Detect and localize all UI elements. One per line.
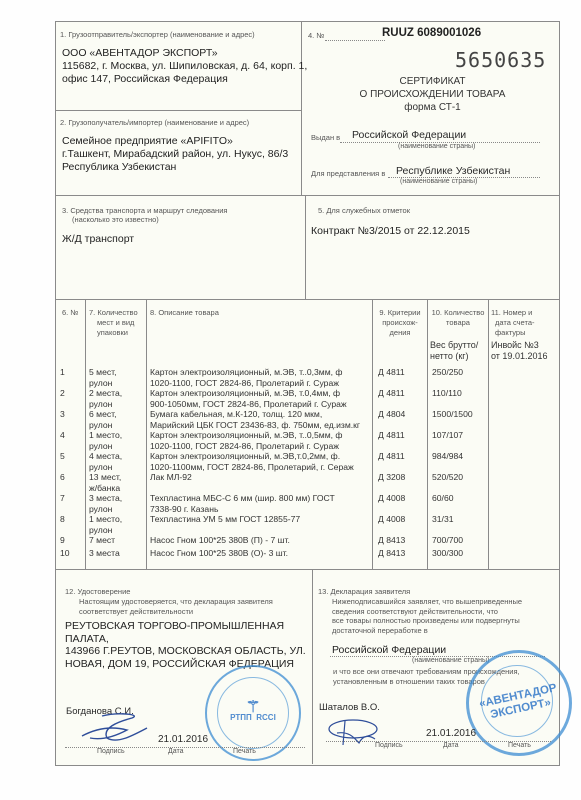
exporter-block: ООО «АВЕНТАДОР ЭКСПОРТ» 115682, г. Москв…	[62, 47, 307, 86]
divider	[55, 195, 559, 196]
row-number: 5	[60, 451, 80, 462]
row-criteria: Д 4811	[378, 451, 423, 462]
row-criteria: Д 4008	[378, 514, 423, 525]
row-weight: 31/31	[432, 514, 487, 525]
divider	[55, 299, 559, 300]
caption-signature: Подпись	[375, 742, 403, 749]
declaration-country-hint: (наименование страны)	[412, 657, 489, 664]
exporter-address: 115682, г. Москва, ул. Шипиловская, д. 6…	[62, 60, 307, 73]
row-description: Картон электроизоляционный, м.ЭВ, т..0,5…	[150, 430, 370, 451]
box12-text: Настоящим удостоверяется, что декларация…	[79, 597, 273, 617]
row-description: Лак МЛ-92	[150, 472, 370, 483]
row-number: 2	[60, 388, 80, 399]
caption-signature: Подпись	[97, 748, 125, 755]
row-weight: 984/984	[432, 451, 487, 462]
row-weight: 60/60	[432, 493, 487, 504]
invoice-value: Инвойс №3 от 19.01.2016	[491, 340, 547, 362]
present-label: Для представления в	[311, 169, 385, 178]
row-criteria: Д 4811	[378, 367, 423, 378]
row-criteria: Д 4811	[378, 388, 423, 399]
col-no-header: 6. №	[62, 308, 78, 317]
col-invoice-header: 11. Номер и дата счета- фактуры	[491, 308, 535, 338]
row-description: Техпластина УМ 5 мм ГОСТ 12855-77	[150, 514, 370, 525]
row-description: Бумага кабельная, м.К-120, толщ. 120 мкм…	[150, 409, 370, 430]
row-weight: 700/700	[432, 535, 487, 546]
row-packages: 7 мест	[89, 535, 144, 546]
caption-date: Дата	[168, 748, 184, 755]
box4-label: 4. №	[308, 31, 324, 40]
divider	[427, 299, 428, 569]
row-weight: 520/520	[432, 472, 487, 483]
chamber-date: 21.01.2016	[158, 734, 208, 745]
issued-country-hint: (наименование страны)	[398, 143, 475, 150]
row-packages: 13 мест,ж/банка	[89, 472, 144, 493]
weight-label: Вес брутто/ нетто (кг)	[430, 340, 478, 362]
divider	[85, 299, 86, 569]
box3-label-2: (насколько это известно)	[72, 215, 159, 224]
row-number: 8	[60, 514, 80, 525]
row-number: 10	[60, 548, 80, 559]
divider	[488, 299, 489, 569]
row-packages: 2 места,рулон	[89, 388, 144, 409]
row-criteria: Д 4008	[378, 493, 423, 504]
row-weight: 300/300	[432, 548, 487, 559]
box13-text: Нижеподписавшийся заявляет, что вышеприв…	[332, 597, 522, 635]
row-criteria: Д 4811	[378, 430, 423, 441]
exporter-name: ООО «АВЕНТАДОР ЭКСПОРТ»	[62, 47, 307, 60]
row-description: Насос Гном 100*25 380В (П) - 7 шт.	[150, 535, 370, 546]
row-description: Насос Гном 100*25 380В (О)- 3 шт.	[150, 548, 370, 559]
row-criteria: Д 4804	[378, 409, 423, 420]
divider	[312, 569, 313, 764]
row-packages: 3 места,рулон	[89, 493, 144, 514]
exporter-address-2: офис 147, Российская Федерация	[62, 73, 307, 86]
row-packages: 1 место,рулон	[89, 430, 144, 451]
row-number: 6	[60, 472, 80, 483]
divider	[146, 299, 147, 569]
row-number: 4	[60, 430, 80, 441]
present-country-hint: (наименование страны)	[400, 178, 477, 185]
row-weight: 1500/1500	[432, 409, 487, 420]
importer-block: Семейное предприятие «APIFITO» г.Ташкент…	[62, 135, 288, 174]
box5-label: 5. Для служебных отметок	[318, 206, 410, 215]
col-criteria-header: 9. Критерии происхож- дения	[375, 308, 425, 338]
chamber-block: РЕУТОВСКАЯ ТОРГОВО-ПРОМЫШЛЕННАЯ ПАЛАТА, …	[65, 620, 306, 670]
importer-address: г.Ташкент, Мирабадский район, ул. Нукус,…	[62, 148, 288, 161]
declarant-date: 21.01.2016	[426, 728, 476, 739]
row-criteria: Д 8413	[378, 548, 423, 559]
col-amount-header: 10. Количество товара	[429, 308, 487, 328]
divider	[372, 299, 373, 569]
declarant-signer: Шаталов В.О.	[319, 702, 380, 713]
issued-country: Российской Федерации	[352, 129, 466, 141]
col-qty-header: 7. Количество мест и вид упаковки	[89, 308, 138, 338]
row-number: 1	[60, 367, 80, 378]
row-weight: 110/110	[432, 388, 487, 399]
divider	[55, 110, 301, 111]
divider	[301, 110, 302, 195]
row-packages: 3 места	[89, 548, 144, 559]
contract-value: Контракт №3/2015 от 22.12.2015	[311, 225, 470, 237]
importer-name: Семейное предприятие «APIFITO»	[62, 135, 288, 148]
importer-country: Республика Узбекистан	[62, 161, 288, 174]
box12-label: 12. Удостоверение	[65, 587, 130, 596]
caption-seal: Печать	[508, 742, 531, 749]
caption-seal: Печать	[233, 748, 256, 755]
row-criteria: Д 8413	[378, 535, 423, 546]
row-description: Техпластина МБС-С 6 мм (шир. 800 мм) ГОС…	[150, 493, 370, 514]
present-country: Республике Узбекистан	[396, 165, 510, 177]
divider	[55, 569, 559, 570]
row-weight: 107/107	[432, 430, 487, 441]
row-number: 3	[60, 409, 80, 420]
row-description: Картон электроизоляционный, м.ЭВ, т.0,4м…	[150, 388, 370, 409]
declaration-country: Российской Федерации	[332, 644, 446, 656]
divider	[305, 195, 306, 299]
issued-label: Выдан в	[311, 133, 340, 142]
box1-label: 1. Грузоотправитель/экспортер (наименова…	[60, 30, 255, 39]
box13-label: 13. Декларация заявителя	[318, 587, 410, 596]
serial-number: 5650635	[455, 48, 546, 72]
chamber-signature	[72, 708, 152, 748]
row-number: 9	[60, 535, 80, 546]
row-description: Картон электроизоляционный, м.ЭВ,т.0,2мм…	[150, 451, 370, 472]
transport-value: Ж/Д транспорт	[62, 233, 134, 245]
row-description: Картон электроизоляционный, м.ЭВ, т..0,3…	[150, 367, 370, 388]
certificate-number: RUUZ 6089001026	[382, 27, 481, 39]
col-desc-header: 8. Описание товара	[150, 308, 219, 317]
row-weight: 250/250	[432, 367, 487, 378]
box3-label: 3. Средства транспорта и маршрут следова…	[62, 206, 227, 215]
box2-label: 2. Грузополучатель/импортер (наименовани…	[60, 118, 249, 127]
row-packages: 4 места,рулон	[89, 451, 144, 472]
caption-date: Дата	[443, 742, 459, 749]
row-packages: 1 место,рулон	[89, 514, 144, 535]
form-title: СЕРТИФИКАТ О ПРОИСХОЖДЕНИИ ТОВАРА форма …	[320, 75, 545, 114]
row-packages: 5 мест,рулон	[89, 367, 144, 388]
row-number: 7	[60, 493, 80, 504]
row-criteria: Д 3208	[378, 472, 423, 483]
row-packages: 6 мест,рулон	[89, 409, 144, 430]
